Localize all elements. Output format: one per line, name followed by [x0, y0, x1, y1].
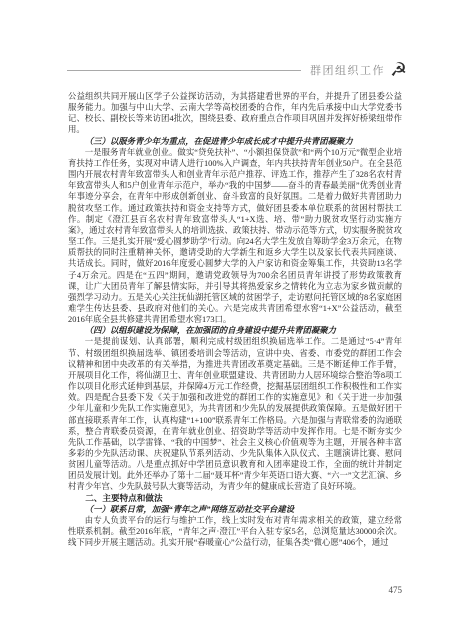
- running-header-title: 群团组织工作: [310, 62, 385, 78]
- heading-section-four: （四）以组织建设为保障，在加强团的自身建设中提升共青团凝聚力: [68, 325, 402, 336]
- subheading-one: （一）联系日常，加强“青年之声”网络互动社交平台建设: [68, 504, 402, 515]
- document-page: 群团组织工作 ☭ 公益组织共同开展山区学子公益探访活动，为其搭建看世界的平台，并…: [0, 0, 468, 640]
- heading-section-three: （三）以服务青少年为重点，在促进青少年成长成才中提升共青团凝聚力: [68, 136, 402, 147]
- heading-part-two: 二、主要特点和做法: [68, 493, 402, 504]
- paragraph-continuation: 公益组织共同开展山区学子公益探访活动，为其搭建看世界的平台，并提升了团县委公益服…: [68, 91, 402, 136]
- party-emblem-icon: ☭: [390, 61, 407, 80]
- paragraph-youth-services: 一是服务青年就业创业。做实“贷免扶补”、“小额担保贷款”和“两个10万元”微型企…: [68, 147, 402, 326]
- paragraph-organization-building: 一是提前谋划、认真部署，顺利完成村级团组织换届选举工作。二是通过“5·4”青年节…: [68, 336, 402, 492]
- body-text-column: 公益组织共同开展山区学子公益探访活动，为其搭建看世界的平台，并提升了团县委公益服…: [68, 91, 402, 548]
- running-header: 群团组织工作 ☭: [67, 61, 407, 79]
- paragraph-platform: 由专人负责平台的运行与维护工作，线上实时发布对青年需求相关的政策，建立经常性联系…: [68, 515, 402, 548]
- page-number: 475: [0, 585, 402, 595]
- header-divider-line: [67, 70, 301, 71]
